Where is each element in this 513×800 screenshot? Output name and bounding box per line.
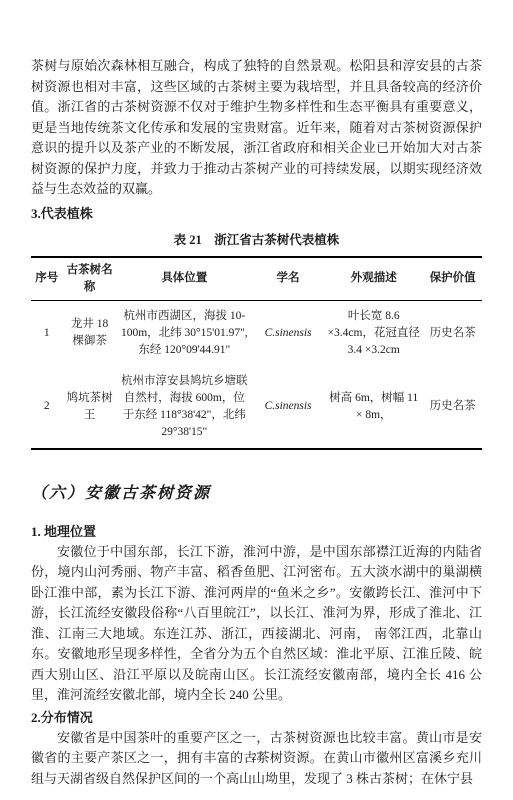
cell-name: 龙井 18 棵御茶 [63, 300, 117, 366]
col-header-protection-value: 保护价值 [423, 257, 482, 301]
table-row: 2 鸠坑茶树王 杭州市淳安县鸠坑乡塘联自然村，海拔 600m，位于东经 118°… [31, 366, 482, 449]
cell-appearance: 树高 6m，树幅 11 × 8m， [324, 366, 423, 449]
representative-plants-table: 序号 古茶树名称 具体位置 学名 外观描述 保护价值 1 龙井 18 棵御茶 杭… [31, 256, 482, 450]
cell-protection-value: 历史名茶 [423, 366, 482, 449]
geography-heading: 1. 地理位置 [31, 522, 482, 542]
page-number: 23 [0, 752, 513, 763]
intro-paragraph: 茶树与原始次森林相互融合，构成了独特的自然景观。松阳县和淳安县的古茶树资源也相对… [31, 56, 482, 200]
cell-no: 1 [31, 300, 63, 366]
col-header-location: 具体位置 [117, 257, 252, 301]
col-header-scientific-name: 学名 [252, 257, 324, 301]
cell-name: 鸠坑茶树王 [63, 366, 117, 449]
anhui-section-heading: （六）安徽古茶树资源 [31, 482, 482, 506]
document-page: 茶树与原始次森林相互融合，构成了独特的自然景观。松阳县和淳安县的古茶树资源也相对… [0, 0, 513, 800]
col-header-name: 古茶树名称 [63, 257, 117, 301]
cell-appearance: 叶长宽 8.6 ×3.4cm，花冠直径 3.4 ×3.2cm [324, 300, 423, 366]
cell-protection-value: 历史名茶 [423, 300, 482, 366]
cell-location: 杭州市西湖区，海拔 10-100m，北纬 30°15'01.97",东经 120… [117, 300, 252, 366]
cell-location: 杭州市淳安县鸠坑乡塘联自然村，海拔 600m，位于东经 118°38'42"，北… [117, 366, 252, 449]
representative-plants-heading: 3.代表植株 [31, 204, 482, 224]
cell-scientific-name: C.sinensis [252, 366, 324, 449]
geography-paragraph: 安徽位于中国东部，长江下游，淮河中游，是中国东部襟江近海的内陆省份，境内山河秀丽… [31, 542, 482, 706]
table-header-row: 序号 古茶树名称 具体位置 学名 外观描述 保护价值 [31, 257, 482, 301]
col-header-appearance: 外观描述 [324, 257, 423, 301]
table-caption: 表 21 浙江省古茶树代表植株 [31, 230, 482, 250]
cell-scientific-name: C.sinensis [252, 300, 324, 366]
table-row: 1 龙井 18 棵御茶 杭州市西湖区，海拔 10-100m，北纬 30°15'0… [31, 300, 482, 366]
distribution-heading: 2.分布情况 [31, 708, 482, 728]
col-header-no: 序号 [31, 257, 63, 301]
cell-no: 2 [31, 366, 63, 449]
